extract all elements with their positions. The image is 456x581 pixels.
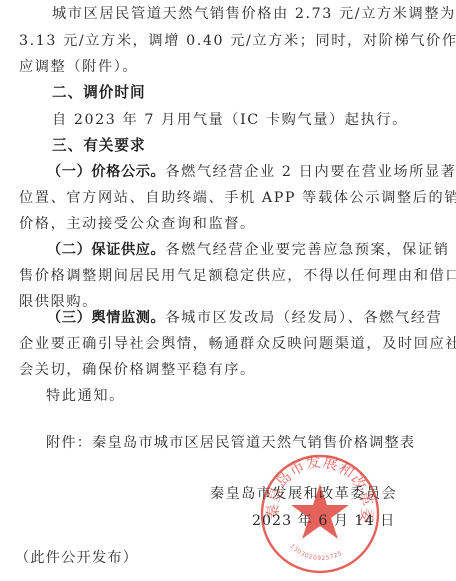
section-2-text: 自 2023 年 7 月用气量（IC 卡购气量）起执行。 bbox=[52, 110, 408, 130]
signature-organization: 秦皇岛市发展和改革委员会 bbox=[210, 484, 397, 504]
paragraph-1-line-3: 应调整（附件）。 bbox=[19, 57, 138, 77]
requirement-3-lead: （三）舆情监测。 bbox=[47, 310, 165, 326]
requirement-2-line-2: 售价格调整期间居民用气足额稳定供应，不得以任何理由和借口 bbox=[19, 266, 456, 286]
requirement-1-line-3: 价格，主动接受公众查询和监督。 bbox=[19, 214, 256, 234]
requirement-3-line-2: 企业要正确引导社会舆情，畅通群众反映问题渠道，及时回应社 bbox=[19, 334, 456, 354]
requirement-3-line-3: 会关切，确保价格调整平稳有序。 bbox=[19, 360, 256, 380]
section-2-heading: 二、调价时间 bbox=[52, 83, 146, 103]
requirement-2-line-1: （二）保证供应。各燃气经营企业要完善应急预案，保证销 bbox=[47, 240, 450, 260]
section-3-heading: 三、有关要求 bbox=[52, 136, 146, 156]
paragraph-1-line-1: 城市区居民管道天然气销售价格由 2.73 元/立方米调整为 bbox=[52, 4, 456, 24]
signature-date: 2023 年 6 月 14 日 bbox=[252, 511, 395, 531]
paragraph-1-line-2: 3.13 元/立方米，调增 0.40 元/立方米；同时，对阶梯气价作相 bbox=[19, 31, 456, 51]
requirement-2-text: 各燃气经营企业要完善应急预案，保证销 bbox=[165, 242, 449, 258]
closing-text: 特此通知。 bbox=[46, 386, 125, 406]
public-release-note: （此件公开发布） bbox=[15, 548, 138, 568]
svg-text:1303020925725: 1303020925725 bbox=[288, 543, 343, 562]
requirement-1-line-1: （一）价格公示。各燃气经营企业 2 日内要在营业场所显著 bbox=[47, 162, 456, 182]
requirement-3-line-1: （三）舆情监测。各城市区发改局（经发局）、各燃气经营 bbox=[47, 308, 442, 328]
requirement-1-text: 各燃气经营企业 2 日内要在营业场所显著 bbox=[165, 164, 456, 180]
requirement-1-lead: （一）价格公示。 bbox=[47, 164, 165, 180]
requirement-1-line-2: 位置、官方网站、自助终端、手机 APP 等载体公示调整后的销售 bbox=[19, 188, 456, 208]
requirement-2-lead: （二）保证供应。 bbox=[47, 242, 165, 258]
attachment-line: 附件：秦皇岛市城市区居民管道天然气销售价格调整表 bbox=[46, 433, 415, 453]
document-page: 城市区居民管道天然气销售价格由 2.73 元/立方米调整为 3.13 元/立方米… bbox=[0, 0, 456, 581]
requirement-3-text: 各城市区发改局（经发局）、各燃气经营 bbox=[165, 310, 442, 326]
